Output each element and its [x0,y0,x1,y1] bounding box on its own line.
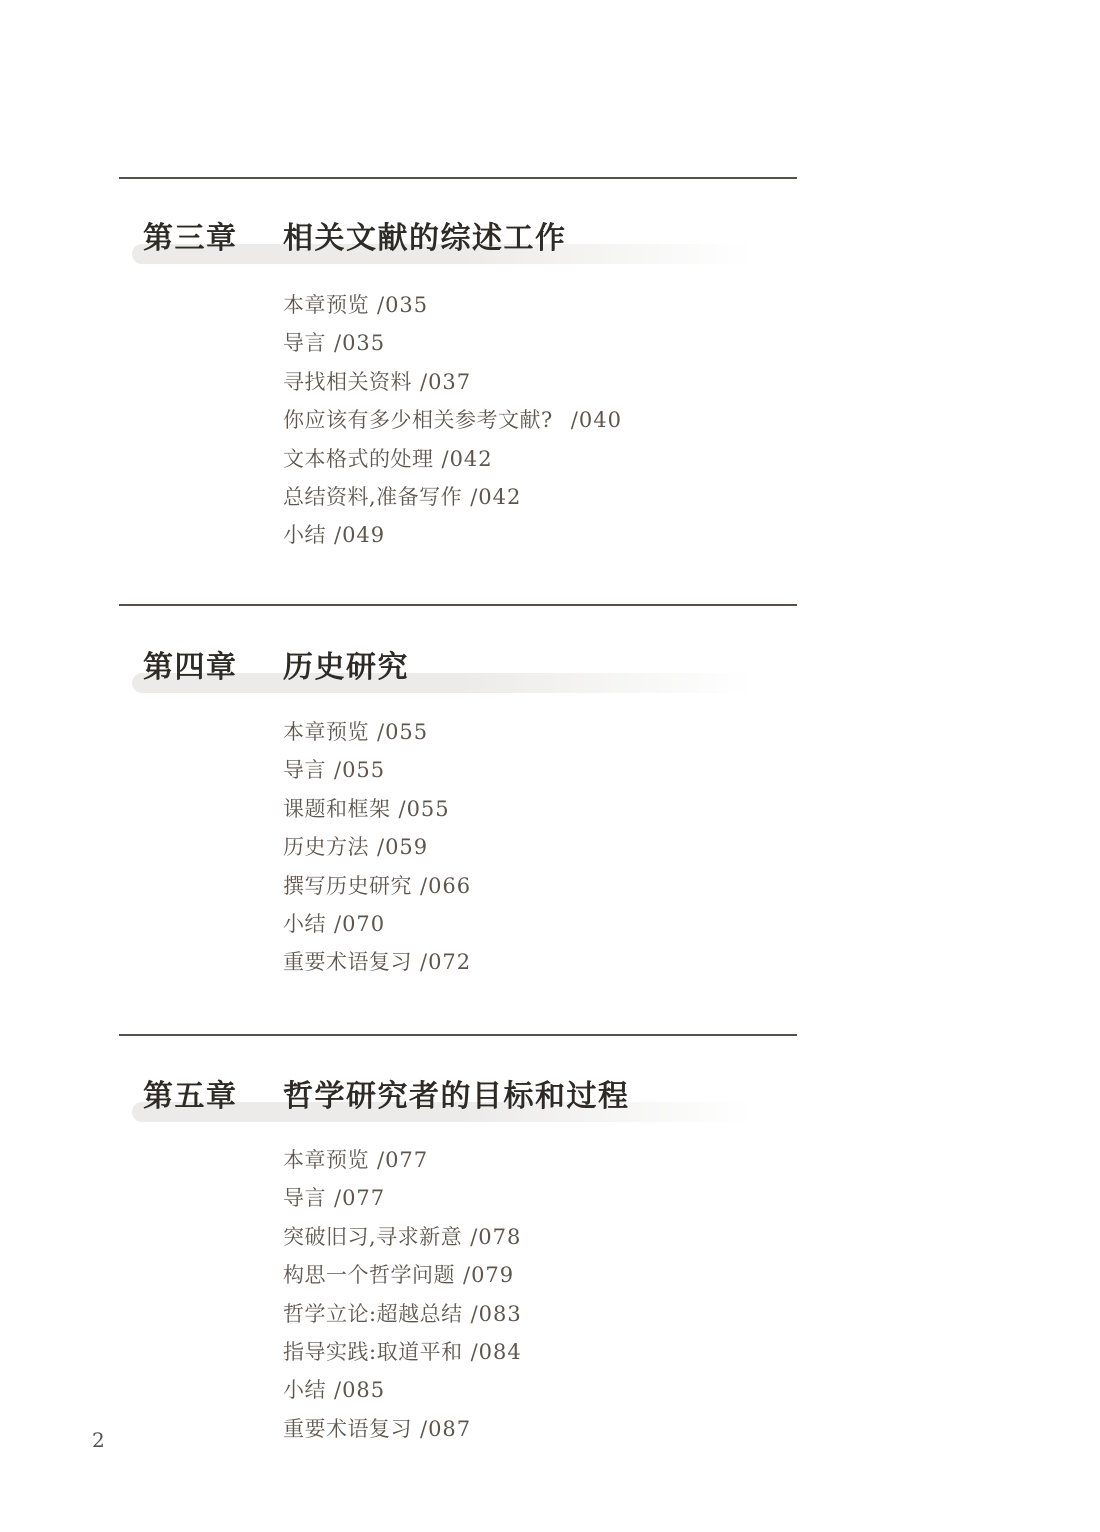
section-title: 总结资料,准备写作 [283,485,462,509]
toc-entry: 重要术语复习/072 [283,943,471,981]
section-list: 本章预览/035 导言/035 寻找相关资料/037 你应该有多少相关参考文献?… [283,286,622,555]
chapter-title: 历史研究 [283,650,409,686]
section-title: 重要术语复习 [283,1417,412,1441]
section-title: 小结 [283,523,326,547]
section-page: /055 [334,758,385,782]
section-title: 你应该有多少相关参考文献? [283,408,553,432]
section-page: /055 [399,797,450,821]
section-title: 构思一个哲学问题 [283,1263,455,1287]
section-page: /077 [334,1186,385,1210]
section-title: 历史方法 [283,835,369,859]
section-page: /059 [377,835,428,859]
toc-entry: 重要术语复习/087 [283,1410,522,1448]
toc-page: 第三章 相关文献的综述工作 本章预览/035 导言/035 寻找相关资料/037… [0,0,1100,1532]
section-title: 文本格式的处理 [283,447,434,471]
page-number: 2 [92,1428,105,1452]
toc-entry: 突破旧习,寻求新意/078 [283,1218,522,1256]
toc-entry: 本章预览/055 [283,713,471,751]
section-page: /055 [377,720,428,744]
divider [119,604,797,606]
toc-entry: 课题和框架/055 [283,790,471,828]
toc-entry: 小结/070 [283,905,471,943]
section-page: /079 [463,1263,514,1287]
section-title: 哲学立论:超越总结 [283,1302,463,1326]
toc-entry: 指导实践:取道平和/084 [283,1333,522,1371]
section-page: /085 [334,1378,385,1402]
toc-entry: 撰写历史研究/066 [283,867,471,905]
section-page: /040 [571,408,622,432]
section-title: 导言 [283,331,326,355]
toc-entry: 导言/055 [283,751,471,789]
section-title: 本章预览 [283,720,369,744]
toc-entry: 本章预览/077 [283,1141,522,1179]
section-page: /078 [470,1225,521,1249]
toc-entry: 小结/049 [283,516,622,554]
section-title: 突破旧习,寻求新意 [283,1225,462,1249]
chapter-heading: 第五章 哲学研究者的目标和过程 [0,1079,1100,1115]
chapter-heading: 第四章 历史研究 [0,650,1100,686]
divider [119,1034,797,1036]
section-page: /037 [420,370,471,394]
section-title: 小结 [283,1378,326,1402]
section-title: 本章预览 [283,293,369,317]
toc-entry: 你应该有多少相关参考文献?/040 [283,401,622,439]
section-page: /049 [334,523,385,547]
section-page: /042 [470,485,521,509]
section-page: /084 [471,1340,522,1364]
toc-entry: 本章预览/035 [283,286,622,324]
toc-entry: 小结/085 [283,1371,522,1409]
section-title: 指导实践:取道平和 [283,1340,463,1364]
chapter-number: 第三章 [143,221,238,257]
section-list: 本章预览/077 导言/077 突破旧习,寻求新意/078 构思一个哲学问题/0… [283,1141,522,1448]
section-title: 导言 [283,1186,326,1210]
section-title: 小结 [283,912,326,936]
toc-entry: 历史方法/059 [283,828,471,866]
toc-entry: 导言/077 [283,1179,522,1217]
section-page: /087 [420,1417,471,1441]
chapter-number: 第四章 [143,650,238,686]
toc-entry: 文本格式的处理/042 [283,440,622,478]
section-page: /077 [377,1148,428,1172]
section-page: /042 [442,447,493,471]
chapter-number: 第五章 [143,1079,238,1115]
section-title: 本章预览 [283,1148,369,1172]
section-page: /066 [420,874,471,898]
chapter-heading: 第三章 相关文献的综述工作 [0,221,1100,257]
section-page: /035 [377,293,428,317]
toc-entry: 寻找相关资料/037 [283,363,622,401]
section-page: /035 [334,331,385,355]
section-title: 撰写历史研究 [283,874,412,898]
toc-entry: 哲学立论:超越总结/083 [283,1295,522,1333]
section-list: 本章预览/055 导言/055 课题和框架/055 历史方法/059 撰写历史研… [283,713,471,982]
section-page: /070 [334,912,385,936]
section-page: /072 [420,950,471,974]
section-title: 重要术语复习 [283,950,412,974]
section-page: /083 [471,1302,522,1326]
divider [119,177,797,179]
section-title: 导言 [283,758,326,782]
toc-entry: 导言/035 [283,324,622,362]
section-title: 课题和框架 [283,797,391,821]
toc-entry: 总结资料,准备写作/042 [283,478,622,516]
toc-entry: 构思一个哲学问题/079 [283,1256,522,1294]
chapter-title: 相关文献的综述工作 [283,221,567,257]
chapter-title: 哲学研究者的目标和过程 [283,1079,630,1115]
section-title: 寻找相关资料 [283,370,412,394]
